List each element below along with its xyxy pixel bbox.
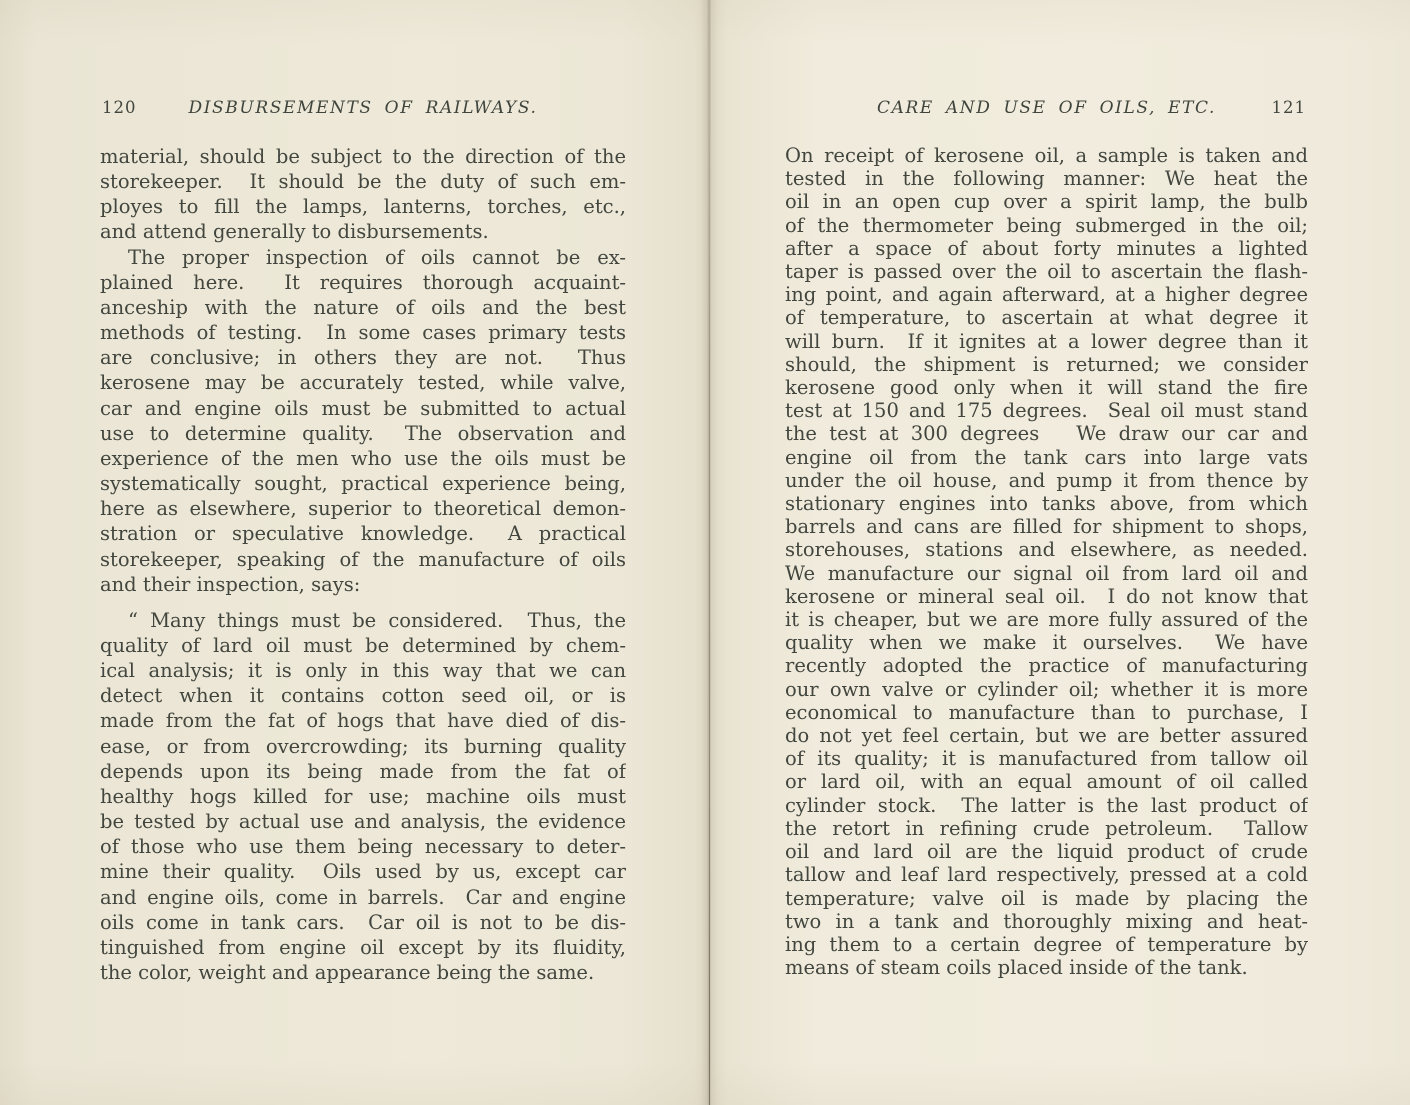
book-spread: 120 DISBURSEMENTS OF RAILWAYS. material,… bbox=[0, 0, 1410, 1105]
paragraph: On receipt of kerosene oil, a sample is … bbox=[785, 144, 1308, 979]
right-running-header: CARE AND USE OF OILS, ETC. bbox=[785, 98, 1308, 118]
text-line: stationary engines into tanks above, fro… bbox=[785, 492, 1308, 515]
text-line: depends upon its being made from the fat… bbox=[100, 759, 626, 784]
text-line: of temperature, to ascertain at what deg… bbox=[785, 306, 1308, 329]
text-line: under the oil house, and pump it from th… bbox=[785, 469, 1308, 492]
text-line: ployes to fill the lamps, lanterns, torc… bbox=[100, 194, 626, 219]
text-line: storekeeper, speaking of the manufacture… bbox=[100, 547, 626, 572]
text-line: and their inspection, says: bbox=[100, 572, 626, 597]
text-line: the retort in refining crude petroleum. … bbox=[785, 817, 1308, 840]
text-line: healthy hogs killed for use; machine oil… bbox=[100, 784, 626, 809]
text-line: means of steam coils placed inside of th… bbox=[785, 956, 1308, 979]
text-line: two in a tank and thoroughly mixing and … bbox=[785, 910, 1308, 933]
text-line: it is cheaper, but we are more fully ass… bbox=[785, 608, 1308, 631]
text-line: anceship with the nature of oils and the… bbox=[100, 295, 626, 320]
text-line: methods of testing. In some cases primar… bbox=[100, 320, 626, 345]
text-line: systematically sought, practical experie… bbox=[100, 471, 626, 496]
text-line: do not yet feel certain, but we are bett… bbox=[785, 724, 1308, 747]
text-line: engine oil from the tank cars into large… bbox=[785, 446, 1308, 469]
book-gutter-crease bbox=[700, 0, 718, 1105]
text-line: We manufacture our signal oil from lard … bbox=[785, 562, 1308, 585]
text-line: are conclusive; in others they are not. … bbox=[100, 345, 626, 370]
text-line: ical analysis; it is only in this way th… bbox=[100, 658, 626, 683]
text-line: experience of the men who use the oils m… bbox=[100, 446, 626, 471]
left-page-number: 120 bbox=[102, 98, 137, 117]
text-line: tinguished from engine oil except by its… bbox=[100, 935, 626, 960]
text-line: kerosene or mineral seal oil. I do not k… bbox=[785, 585, 1308, 608]
paragraph: The proper inspection of oils cannot be … bbox=[100, 245, 626, 597]
text-line: after a space of about forty minutes a l… bbox=[785, 237, 1308, 260]
left-page-body: material, should be subject to the direc… bbox=[100, 144, 626, 985]
text-line: or lard oil, with an equal amount of oil… bbox=[785, 770, 1308, 793]
text-line: storekeeper. It should be the duty of su… bbox=[100, 169, 626, 194]
text-line: should, the shipment is returned; we con… bbox=[785, 353, 1308, 376]
text-line: economical to manufacture than to purcha… bbox=[785, 701, 1308, 724]
text-line: taper is passed over the oil to ascertai… bbox=[785, 260, 1308, 283]
text-line: test at 150 and 175 degrees. Seal oil mu… bbox=[785, 399, 1308, 422]
text-line: of those who use them being necessary to… bbox=[100, 834, 626, 859]
text-line: ing them to a certain degree of temperat… bbox=[785, 933, 1308, 956]
text-line: material, should be subject to the direc… bbox=[100, 144, 626, 169]
left-page-header: 120 DISBURSEMENTS OF RAILWAYS. bbox=[100, 98, 626, 122]
text-line: made from the fat of hogs that have died… bbox=[100, 708, 626, 733]
text-line: and engine oils, come in barrels. Car an… bbox=[100, 885, 626, 910]
text-line: be tested by actual use and analysis, th… bbox=[100, 809, 626, 834]
left-running-header: DISBURSEMENTS OF RAILWAYS. bbox=[100, 98, 626, 118]
text-line: the test at 300 degrees We draw our car … bbox=[785, 422, 1308, 445]
text-line: oil in an open cup over a spirit lamp, t… bbox=[785, 190, 1308, 213]
text-line: mine their quality. Oils used by us, exc… bbox=[100, 859, 626, 884]
text-line: tallow and leaf lard respectively, press… bbox=[785, 863, 1308, 886]
text-line: barrels and cans are filled for shipment… bbox=[785, 515, 1308, 538]
text-line: detect when it contains cotton seed oil,… bbox=[100, 683, 626, 708]
text-line: recently adopted the practice of manufac… bbox=[785, 654, 1308, 677]
text-line: will burn. If it ignites at a lower degr… bbox=[785, 330, 1308, 353]
text-line: the color, weight and appearance being t… bbox=[100, 960, 626, 985]
text-line: quality of lard oil must be determined b… bbox=[100, 633, 626, 658]
text-line: use to determine quality. The observatio… bbox=[100, 421, 626, 446]
text-line: On receipt of kerosene oil, a sample is … bbox=[785, 144, 1308, 167]
text-line: of the thermometer being submerged in th… bbox=[785, 214, 1308, 237]
right-page-body: On receipt of kerosene oil, a sample is … bbox=[785, 144, 1308, 979]
text-line: oils come in tank cars. Car oil is not t… bbox=[100, 910, 626, 935]
text-line: temperature; valve oil is made by placin… bbox=[785, 887, 1308, 910]
text-line: ease, or from overcrowding; its burning … bbox=[100, 734, 626, 759]
right-page-number: 121 bbox=[1272, 98, 1307, 117]
right-page: CARE AND USE OF OILS, ETC. 121 On receip… bbox=[785, 98, 1308, 979]
text-line: cylinder stock. The latter is the last p… bbox=[785, 794, 1308, 817]
text-line: ing point, and again afterward, at a hig… bbox=[785, 283, 1308, 306]
text-line: oil and lard oil are the liquid product … bbox=[785, 840, 1308, 863]
text-line: our own valve or cylinder oil; whether i… bbox=[785, 678, 1308, 701]
text-line: kerosene good only when it will stand th… bbox=[785, 376, 1308, 399]
paragraph: “ Many things must be considered. Thus, … bbox=[100, 608, 626, 985]
left-page: 120 DISBURSEMENTS OF RAILWAYS. material,… bbox=[100, 98, 626, 985]
right-page-header: CARE AND USE OF OILS, ETC. 121 bbox=[785, 98, 1308, 122]
paragraph: material, should be subject to the direc… bbox=[100, 144, 626, 245]
text-line: storehouses, stations and elsewhere, as … bbox=[785, 538, 1308, 561]
text-line: “ Many things must be considered. Thus, … bbox=[100, 608, 626, 633]
text-line: stration or speculative knowledge. A pra… bbox=[100, 521, 626, 546]
text-line: tested in the following manner: We heat … bbox=[785, 167, 1308, 190]
text-line: of its quality; it is manufactured from … bbox=[785, 747, 1308, 770]
text-line: The proper inspection of oils cannot be … bbox=[100, 245, 626, 270]
text-line: car and engine oils must be submitted to… bbox=[100, 396, 626, 421]
text-line: here as elsewhere, superior to theoretic… bbox=[100, 496, 626, 521]
text-line: quality when we make it ourselves. We ha… bbox=[785, 631, 1308, 654]
text-line: kerosene may be accurately tested, while… bbox=[100, 370, 626, 395]
text-line: and attend generally to disbursements. bbox=[100, 219, 626, 244]
text-line: plained here. It requires thorough acqua… bbox=[100, 270, 626, 295]
